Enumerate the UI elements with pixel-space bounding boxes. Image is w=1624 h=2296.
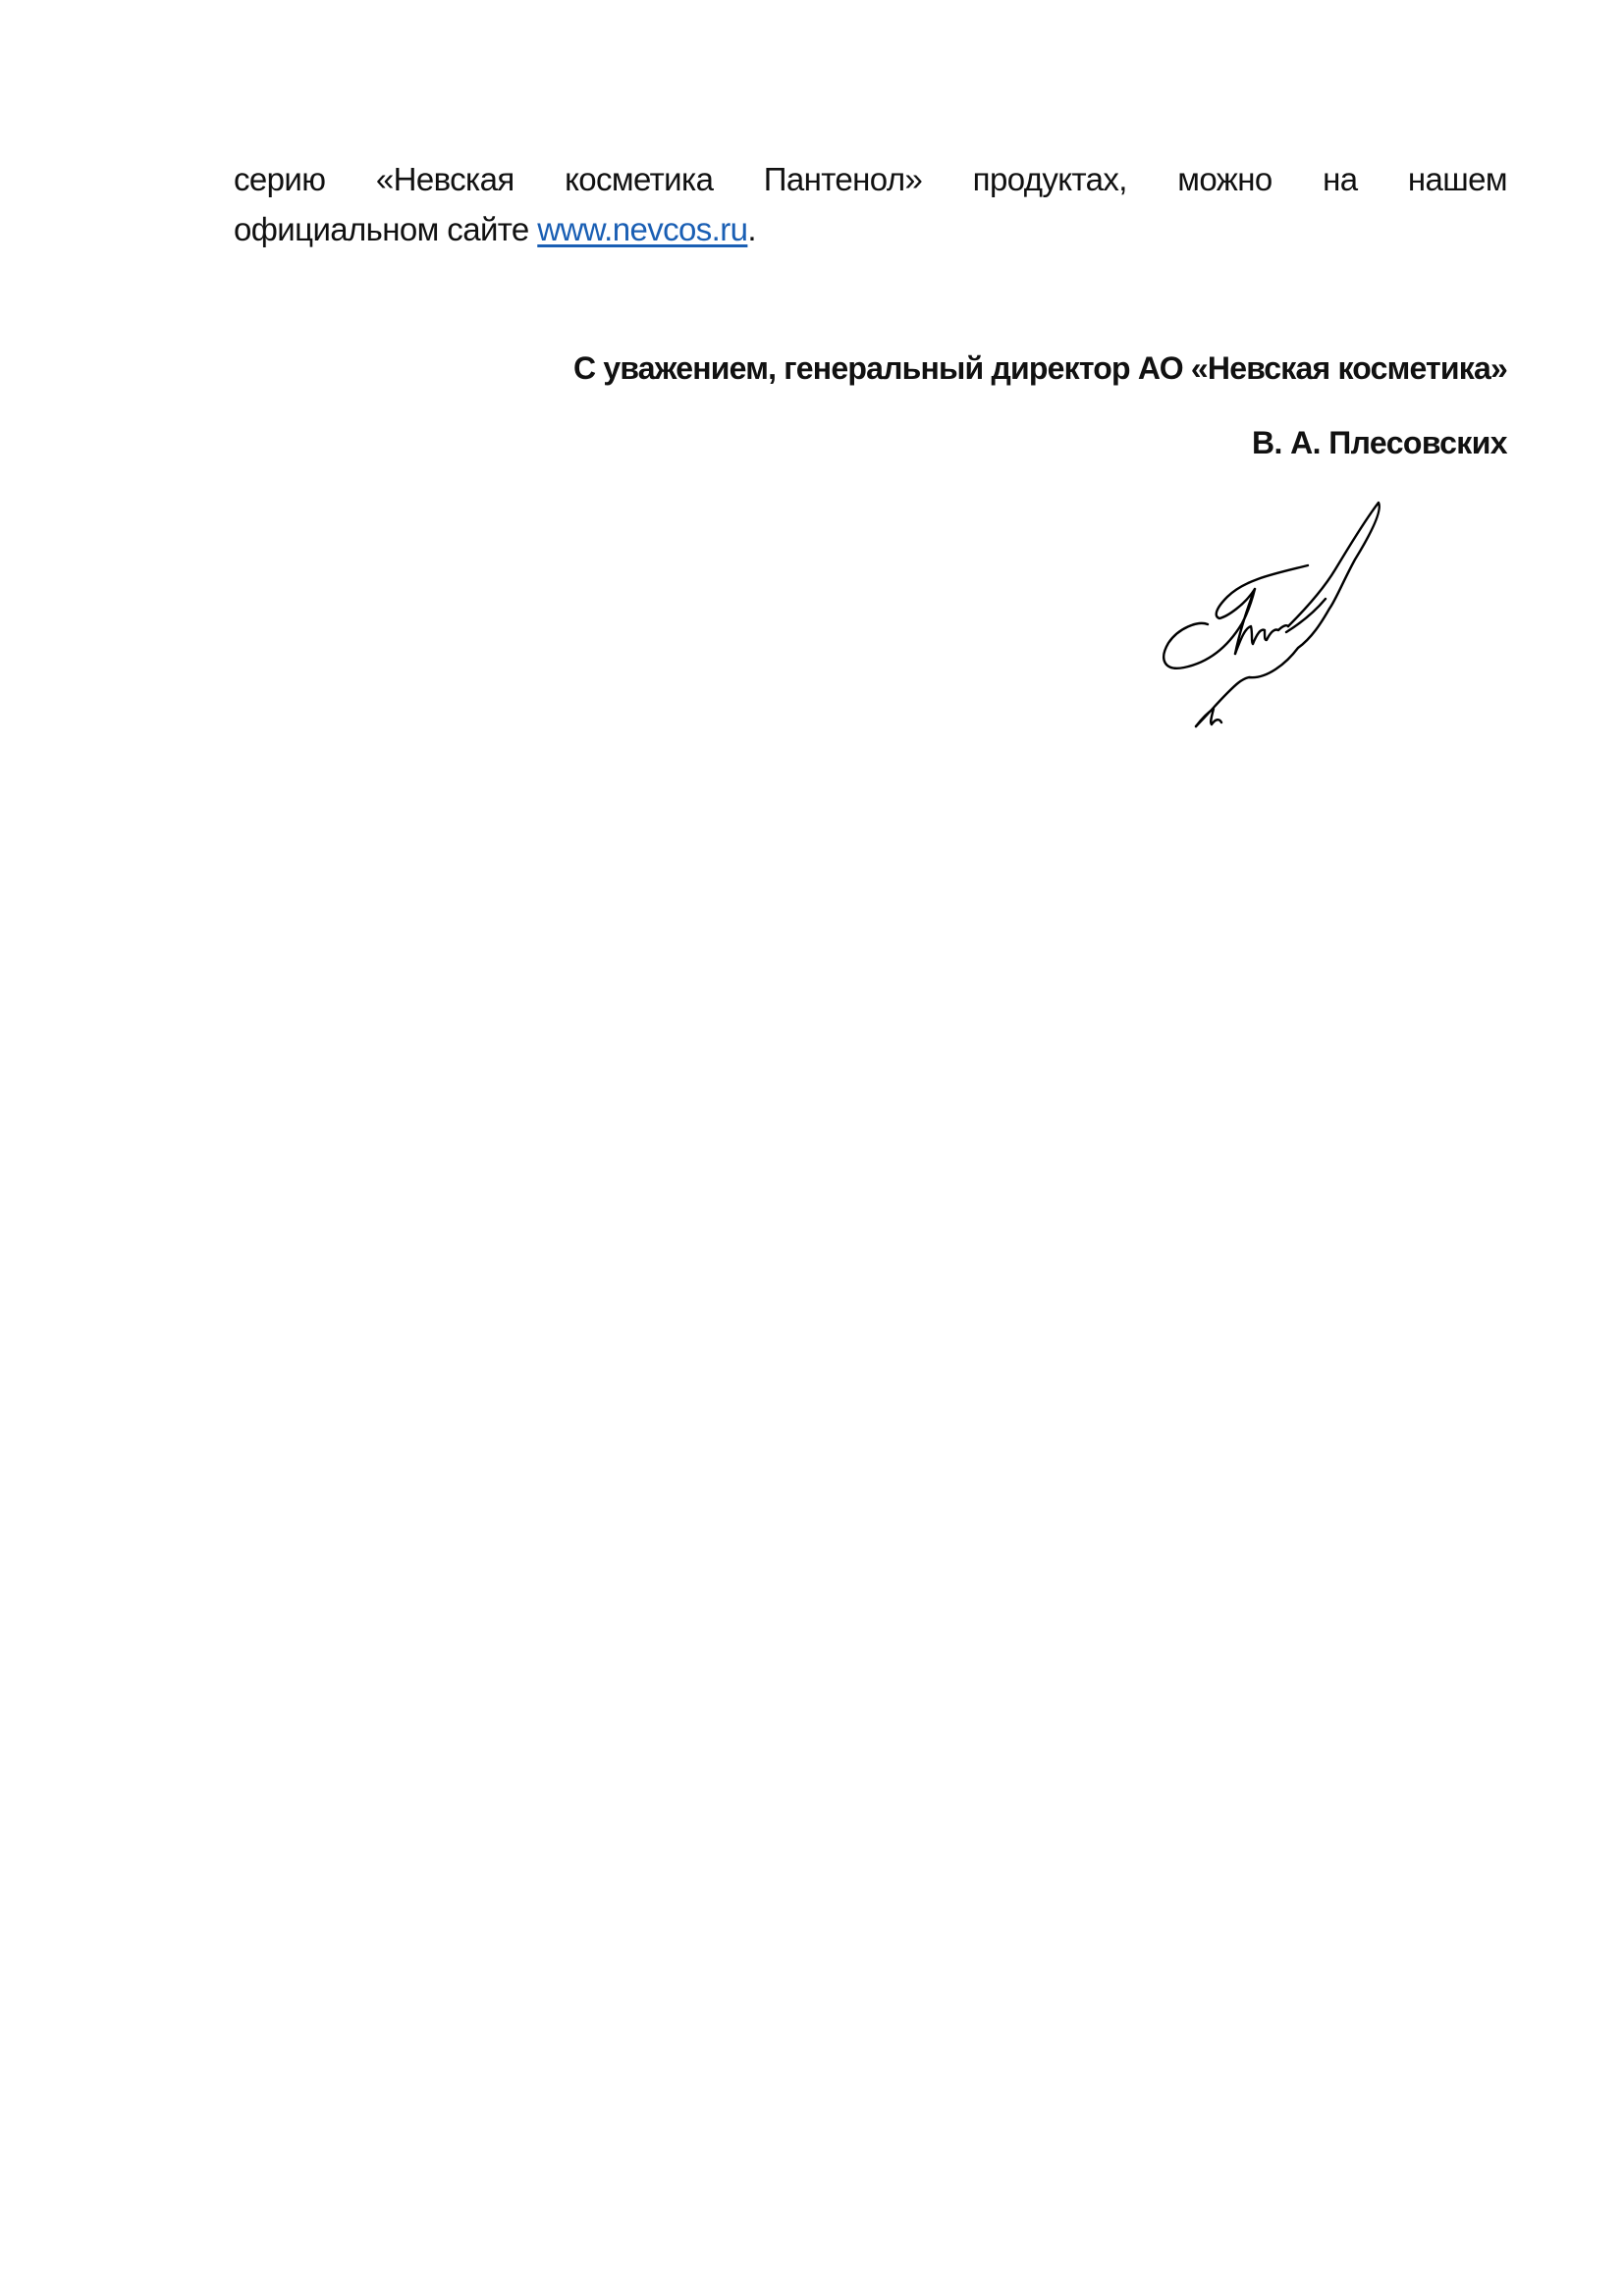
paragraph-line-2-prefix: официальном сайте bbox=[234, 211, 537, 247]
paragraph-line-2-suffix: . bbox=[747, 211, 756, 247]
website-link[interactable]: www.nevcos.ru bbox=[537, 211, 747, 247]
document-page: серию «Невская косметика Пантенол» проду… bbox=[0, 0, 1624, 2296]
closing-salutation: С уважением, генеральный директор АО «Не… bbox=[573, 350, 1507, 387]
signature-icon bbox=[1129, 491, 1424, 746]
paragraph-line-2: официальном сайте www.nevcos.ru. bbox=[234, 204, 1507, 254]
paragraph-line-1: серию «Невская косметика Пантенол» проду… bbox=[234, 154, 1507, 204]
signer-name: В. А. Плесовских bbox=[1252, 425, 1507, 461]
body-paragraph: серию «Невская косметика Пантенол» проду… bbox=[234, 154, 1507, 254]
